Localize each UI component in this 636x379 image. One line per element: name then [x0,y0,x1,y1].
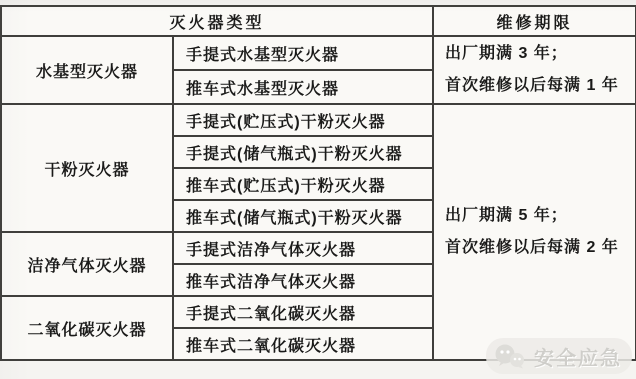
header-row: 灭火器类型 维修期限 [1,6,636,36]
extinguisher-maintenance-table: 灭火器类型 维修期限 水基型灭火器 手提式水基型灭火器 出厂期满 3 年； 首次… [0,5,636,361]
subtype-handheld-water: 手提式水基型灭火器 [173,36,433,70]
watermark-badge: 安全应急 [486,338,632,374]
period-line-2: 首次维修以后每满 2 年 [445,232,634,264]
category-co2: 二氧化碳灭火器 [1,296,173,360]
category-clean-agent: 洁净气体灭火器 [1,232,173,296]
subtype-handheld-stored-pressure-powder: 手提式(贮压式)干粉灭火器 [173,104,433,136]
scanned-table-page: 灭火器类型 维修期限 水基型灭火器 手提式水基型灭火器 出厂期满 3 年； 首次… [0,0,636,379]
subtype-handheld-gas-cartridge-powder: 手提式(储气瓶式)干粉灭火器 [173,136,433,168]
header-maintenance-period: 维修期限 [433,6,636,36]
watermark-label: 安全应急 [534,342,622,371]
table-row: 水基型灭火器 手提式水基型灭火器 出厂期满 3 年； 首次维修以后每满 1 年 [1,36,636,70]
subtype-cart-co2: 推车式二氧化碳灭火器 [173,328,433,360]
category-water-based: 水基型灭火器 [1,36,173,104]
subtype-cart-stored-pressure-powder: 推车式(贮压式)干粉灭火器 [173,168,433,200]
period-other-types: 出厂期满 5 年； 首次维修以后每满 2 年 [433,104,636,360]
subtype-cart-water: 推车式水基型灭火器 [173,70,433,104]
header-extinguisher-type: 灭火器类型 [1,6,433,36]
table-row: 干粉灭火器 手提式(贮压式)干粉灭火器 出厂期满 5 年； 首次维修以后每满 2… [1,104,636,136]
period-line-1: 出厂期满 5 年； [445,200,634,232]
subtype-handheld-co2: 手提式二氧化碳灭火器 [173,296,433,328]
period-water-based: 出厂期满 3 年； 首次维修以后每满 1 年 [433,36,636,104]
subtype-cart-gas-cartridge-powder: 推车式(储气瓶式)干粉灭火器 [173,200,433,232]
subtype-handheld-clean-agent: 手提式洁净气体灭火器 [173,232,433,264]
wechat-icon [492,341,528,371]
category-dry-powder: 干粉灭火器 [1,104,173,232]
period-line-2: 首次维修以后每满 1 年 [445,70,634,102]
subtype-cart-clean-agent: 推车式洁净气体灭火器 [173,264,433,296]
period-line-1: 出厂期满 3 年； [445,38,634,70]
